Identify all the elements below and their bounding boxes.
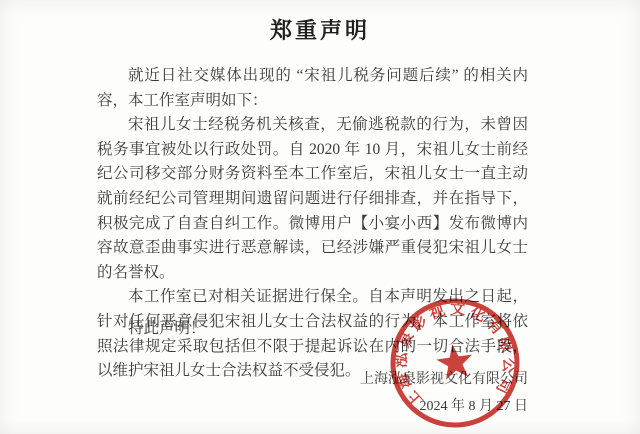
document-title: 郑重声明	[0, 14, 640, 45]
statement-paragraph-facts: 宋祖儿女士经税务机关核查，无偷逃税款的行为，未曾因税务事宜被处以行政处罚。自 2…	[97, 113, 528, 285]
seal-star-icon	[434, 342, 475, 381]
company-seal: 上海泓泉影视文化有限公司	[388, 296, 522, 430]
statement-document: 郑重声明 就近日社交媒体出现的 “宋祖儿税务问题后续” 的相关内容，本工作室声明…	[0, 0, 640, 434]
statement-paragraph-intro: 就近日社交媒体出现的 “宋祖儿税务问题后续” 的相关内容，本工作室声明如下：	[97, 64, 528, 113]
